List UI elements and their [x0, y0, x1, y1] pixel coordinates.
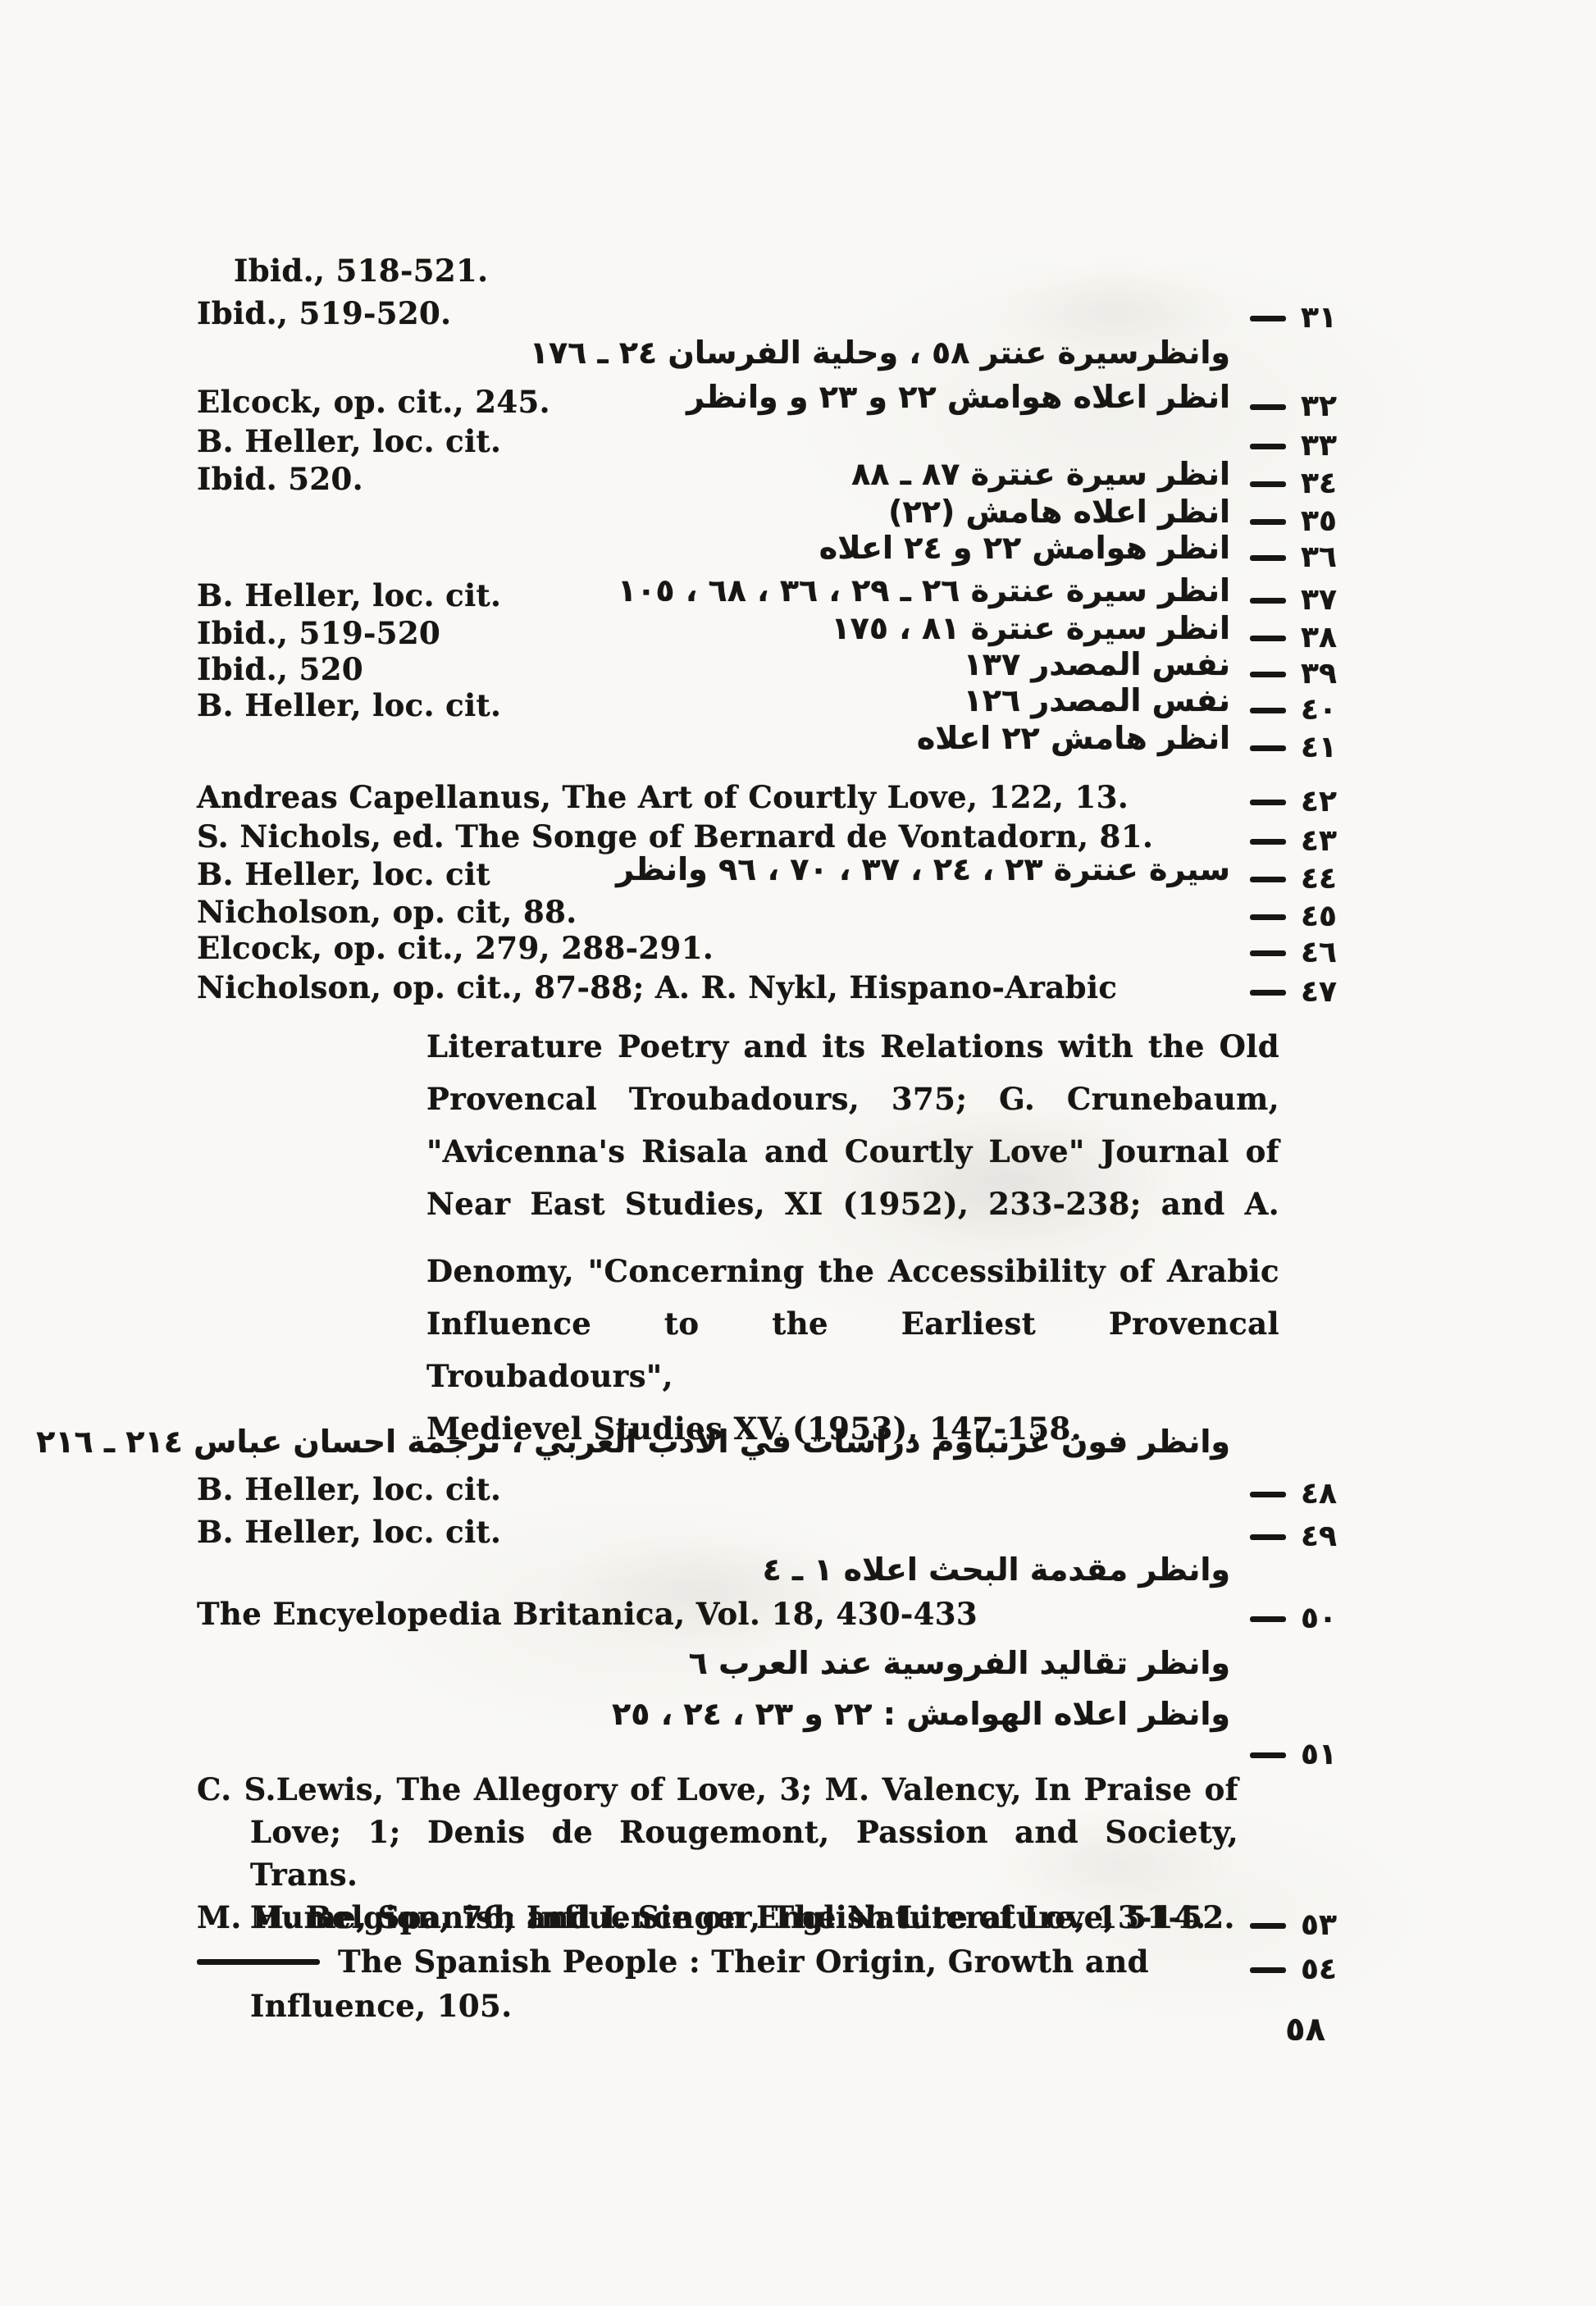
footnote-number: ٣١ [1250, 303, 1337, 333]
footnote-number: ٣٧ [1250, 586, 1337, 615]
footnote-row: وانظرسيرة عنتر ٥٨ ، وحلية الفرسان ٢٤ ـ ١… [197, 340, 1337, 379]
footnote-row: Ibid., 518-521. [197, 253, 1337, 292]
scanned-page: Ibid., 518-521. Ibid., 519-520. ٣١ وانظر… [0, 0, 1596, 2306]
citation-text-en: M. Hume, Spanish Influence on English Li… [197, 1899, 1206, 1935]
footnote-number: ٥٤ [1250, 1955, 1337, 1985]
dash-icon [1250, 555, 1286, 561]
dash-icon [1250, 1616, 1286, 1622]
footnote-number: ٤١ [1250, 733, 1337, 763]
citation-text-en: Ibid., 518-521. [234, 253, 488, 289]
citation-text-en: Elcock, op. cit., 279, 288-291. [197, 930, 714, 966]
paragraph-line: Denomy, "Concerning the Accessibility of… [426, 1245, 1279, 1297]
citation-text-ar: نفس المصدر ١٢٦ [964, 682, 1230, 718]
paragraph-line: Influence to the Earliest Provencal Trou… [426, 1297, 1279, 1402]
dash-icon [1250, 877, 1286, 882]
footnote-row: Andreas Capellanus, The Art of Courtly L… [197, 779, 1337, 818]
footnote-number: ٤٧ [1250, 978, 1337, 1007]
paragraph-line: Love; 1; Denis de Rougemont, Passion and… [197, 1811, 1238, 1896]
footnote-number: ٣٩ [1250, 659, 1337, 689]
nykl-continuation-paragraph: Literature Poetry and its Relations with… [426, 1020, 1279, 1455]
footnote-number: ٥٣ [1250, 1911, 1337, 1940]
dash-icon [1250, 800, 1286, 805]
citation-text-en: Ibid., 520 [197, 651, 363, 687]
citation-text-ar: انظر اعلاه هامش (٢٢) [888, 494, 1230, 530]
dash-icon [1250, 1492, 1286, 1497]
dash-icon [1250, 481, 1286, 487]
citation-text-ar: وانظر تقاليد الفروسية عند العرب ٦ [689, 1645, 1230, 1681]
citation-text-en: B. Heller, loc. cit. [197, 423, 501, 459]
citation-text-ar: انظر سيرة عنترة ٢٦ ـ ٢٩ ، ٣٦ ، ٦٨ ، ١٠٥ [618, 572, 1230, 608]
footnote-row: The Encyelopedia Britanica, Vol. 18, 430… [197, 1596, 1337, 1635]
footnote-row: Influence, 105. [197, 1988, 1337, 2027]
footnote-row: Ibid., 519-520. ٣١ [197, 295, 1337, 335]
citation-text-en: Nicholson, op. cit, 88. [197, 894, 577, 930]
dash-icon [1250, 444, 1286, 449]
citation-text-ar: انظر سيرة عنترة ٨١ ، ١٧٥ [831, 610, 1230, 646]
page-number: ٥٨ [1285, 2011, 1325, 2049]
footnote-number: ٣٥ [1250, 507, 1337, 536]
dash-icon [1250, 404, 1286, 410]
dash-icon [1250, 519, 1286, 525]
footnote-number: ٤٩ [1250, 1522, 1337, 1552]
dash-icon [1250, 1752, 1286, 1758]
footnote-number: ٤٥ [1250, 902, 1337, 932]
footnote-number: ٥٠ [1250, 1604, 1337, 1634]
citation-text-ar: نفس المصدر ١٣٧ [964, 646, 1230, 682]
footnote-number: ٤٢ [1250, 787, 1337, 817]
footnote-row: B. Heller, loc. cit. ٤٨ [197, 1471, 1337, 1511]
dash-icon [1250, 1923, 1286, 1929]
citation-text-en: Ibid. 520. [197, 461, 363, 497]
paragraph-line: "Avicenna's Risala and Courtly Love" Jou… [426, 1125, 1279, 1178]
footnote-number: ٣٤ [1250, 469, 1337, 499]
footnote-number: ٤٠ [1250, 695, 1337, 725]
footnote-row: B. Heller, loc. cit. ٤٩ [197, 1514, 1337, 1553]
citation-text-en: Influence, 105. [250, 1988, 512, 2024]
footnote-number: ٣٨ [1250, 623, 1337, 653]
footnote-row: انظر هوامش ٢٢ و ٢٤ اعلاه ٣٦ [197, 535, 1337, 574]
citation-text-en: B. Heller, loc. cit. [197, 577, 501, 613]
footnote-row: B. Heller, loc. cit سيرة عنترة ٢٣ ، ٢٤ ،… [197, 856, 1337, 896]
citation-text-en: B. Heller, loc. cit. [197, 1471, 501, 1507]
footnote-row: Nicholson, op. cit, 88. ٤٥ [197, 894, 1337, 933]
citation-text-en: B. Heller, loc. cit [197, 856, 490, 892]
dash-icon [1250, 1967, 1286, 1973]
citation-text-ar: انظر هوامش ٢٢ و ٢٤ اعلاه [819, 530, 1230, 566]
citation-text-en: Elcock, op. cit., 245. [197, 384, 550, 420]
dash-icon [1250, 598, 1286, 604]
paragraph-line: C. S.Lewis, The Allegory of Love, 3; M. … [197, 1768, 1238, 1811]
citation-text-en: The Spanish People : Their Origin, Growt… [197, 1944, 1149, 1980]
citation-text-en: The Encyelopedia Britanica, Vol. 18, 430… [197, 1596, 978, 1632]
footnote-row: وانظر مقدمة البحث اعلاه ١ ـ ٤ [197, 1556, 1337, 1596]
citation-text-ar: انظر سيرة عنترة ٨٧ ـ ٨٨ [851, 456, 1230, 492]
same-author-dash-icon [197, 1959, 320, 1965]
citation-text-ar: سيرة عنترة ٢٣ ، ٢٤ ، ٣٧ ، ٧٠ ، ٩٦ وانظر [616, 851, 1230, 887]
dash-icon [1250, 636, 1286, 641]
citation-text-ar: انظر هامش ٢٢ اعلاه [917, 720, 1230, 756]
citation-text-en: Nicholson, op. cit., 87-88; A. R. Nykl, … [197, 969, 1117, 1005]
footnote-row: Nicholson, op. cit., 87-88; A. R. Nykl, … [197, 969, 1337, 1009]
paragraph-line: Provencal Troubadours, 375; G. Crunebaum… [426, 1073, 1279, 1125]
footnote-row: ٥١ [197, 1732, 1337, 1771]
citation-text-en: Ibid., 519-520 [197, 615, 440, 651]
footnote-row: M. Hume, Spanish Influence on English Li… [197, 1899, 1337, 1939]
citation-text-en: B. Heller, loc. cit. [197, 687, 501, 723]
dash-icon [1250, 672, 1286, 677]
footnote-number: ٤٤ [1250, 864, 1337, 894]
footnote-row: The Spanish People : Their Origin, Growt… [197, 1944, 1337, 1983]
dash-icon [1250, 1534, 1286, 1540]
footnote-row: Elcock, op. cit., 279, 288-291. ٤٦ [197, 930, 1337, 969]
paragraph-line: Literature Poetry and its Relations with… [426, 1020, 1279, 1073]
footnote-row: Elcock, op. cit., 245. انظر اعلاه هوامش … [197, 384, 1337, 423]
citation-text-en: Andreas Capellanus, The Art of Courtly L… [197, 779, 1129, 815]
footnote-number: ٤٣ [1250, 827, 1337, 856]
footnote-row: وانظر فون غرنباوم دراسات في الادب العربي… [197, 1429, 1337, 1468]
dash-icon [1250, 839, 1286, 845]
dash-icon [1250, 745, 1286, 751]
footnote-row: وانظر تقاليد الفروسية عند العرب ٦ [197, 1650, 1337, 1689]
citation-text-ar: انظر اعلاه هوامش ٢٢ و ٢٣ و وانظر [686, 379, 1230, 415]
dash-icon [1250, 990, 1286, 996]
footnote-number: ٣٢ [1250, 392, 1337, 422]
dash-icon [1250, 950, 1286, 956]
citation-text-en: B. Heller, loc. cit. [197, 1514, 501, 1550]
footnote-number: ٣٦ [1250, 543, 1337, 572]
citation-text-ar: وانظر اعلاه الهوامش : ٢٢ و ٢٣ ، ٢٤ ، ٢٥ [612, 1696, 1230, 1732]
citation-text-ar: وانظر فون غرنباوم دراسات في الادب العربي… [36, 1424, 1230, 1460]
citation-text-ar: وانظر مقدمة البحث اعلاه ١ ـ ٤ [763, 1552, 1230, 1588]
footnote-row: انظر هامش ٢٢ اعلاه ٤١ [197, 725, 1337, 764]
paragraph-line: Near East Studies, XI (1952), 233-238; a… [426, 1178, 1279, 1230]
footnote-number: ٥١ [1250, 1740, 1337, 1770]
dash-icon [1250, 708, 1286, 713]
footnote-number: ٤٦ [1250, 938, 1337, 968]
footnote-number: ٤٨ [1250, 1479, 1337, 1509]
footnote-number: ٣٣ [1250, 431, 1337, 461]
citation-text-en: S. Nichols, ed. The Songe of Bernard de … [197, 818, 1153, 854]
dash-icon [1250, 316, 1286, 321]
dash-icon [1250, 914, 1286, 920]
citation-text-en: Ibid., 519-520. [197, 295, 451, 331]
citation-text-ar: وانظرسيرة عنتر ٥٨ ، وحلية الفرسان ٢٤ ـ ١… [530, 335, 1230, 371]
